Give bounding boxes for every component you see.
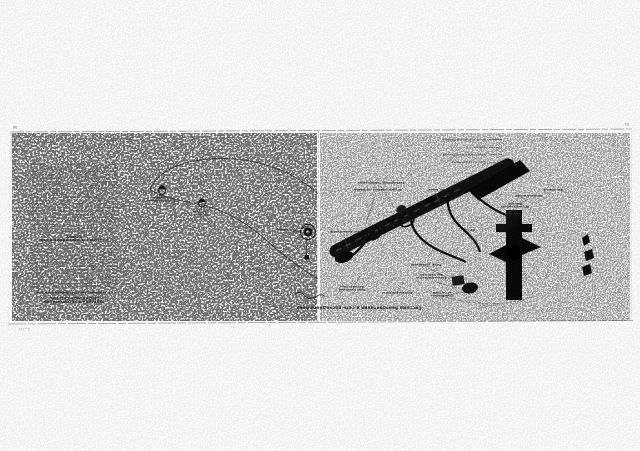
text-line: проверять отсутствие воды и механических: [30, 250, 118, 253]
text-line: стемы бензопитания самолета.: [30, 162, 118, 165]
label-line: Слив бензина: [424, 294, 460, 297]
scanned-book-spread: 30 31 ЗАПРАВКА И ЭКСПЛУАТАЦИЯБЕНЗИНОВОЙ …: [0, 0, 640, 451]
label-line: Трубопровод суфлирования: [352, 181, 410, 184]
text-line: падении давления бензина ниже нормы вклю…: [30, 205, 118, 208]
text-line: следить за показаниями бензиномера и рас…: [30, 212, 118, 215]
label-line: Бензиновый насос: [378, 291, 416, 294]
text-line: и чистоте заливных горловин баков. Запра…: [30, 278, 118, 281]
callout-label: Штуцер подводабензина: [498, 202, 532, 208]
legend-item: Слив и суфлирование: [424, 159, 502, 167]
callout-label: БФ—2: [460, 228, 480, 231]
text-line: ская полной выработки горючего из бака.: [30, 191, 118, 194]
text-line: 1. Заправка самолета горючим и маслом: [30, 290, 118, 293]
callout-label: Трехходовой кранбензосистемы: [412, 273, 450, 279]
text-line: восстанавливать после каждого осмотра си…: [30, 166, 118, 169]
label-line: Пробка заливной: [144, 199, 178, 202]
text-line: После полета осмотреть соединения трубоп…: [30, 186, 118, 189]
page-number-right: 31: [622, 121, 632, 126]
callout-label: Бак правый: [538, 188, 568, 191]
label-line: Бак фюзеляжный: [328, 230, 362, 233]
text-line: чить ручную подкачку и перейти на питани…: [30, 202, 118, 205]
label-line: Бак левый: [424, 188, 450, 191]
label-line: Трехходовой кран: [412, 276, 450, 279]
text-line: водов, дюритовые шланги и хомуты креплен…: [30, 183, 118, 186]
diagram-legend: Слив и суфлированиеЛиния нагнетания бенз…: [424, 136, 502, 166]
label-line: Штуцер подвода: [498, 205, 532, 208]
text-line: быть в пределах 0,30—0,35 кг/см². В поле…: [30, 216, 118, 219]
callout-label: Трубопровод суфлирования: [352, 181, 410, 184]
legend-line-symbol: [489, 140, 502, 141]
callout-label: Рычаг управления: [408, 263, 444, 266]
text-line: кой соединений. Один раз в месяц промыва…: [30, 176, 118, 179]
text-line: фильтры карбюратора и отстойники баков: [30, 173, 118, 176]
text-line: Перед запуском мотора открыть пожарный к…: [30, 229, 118, 232]
text-line: производить только через замшевый фильтр…: [30, 274, 118, 277]
callout-label: К мотору: [502, 212, 526, 215]
text-line: бензиномера и мерной линейкой. После зап…: [30, 267, 118, 270]
text-block-para: После полета осмотреть соединения трубоп…: [30, 162, 118, 190]
legend-line-symbol: [489, 154, 502, 155]
label-line: Рычаг управления: [408, 263, 444, 266]
label-line: К мотору: [502, 212, 526, 215]
legend-label: Линия всасывания бензина: [443, 138, 486, 142]
callout-label: Бак левый: [424, 188, 450, 191]
legend-item: Линия нагнетания бензина: [424, 151, 502, 159]
text-line: от исправной группы баков. Переключение: [30, 198, 118, 201]
text-line: Перед заправкой самолета горючим необход…: [30, 285, 118, 288]
page-number-left: 30: [10, 124, 20, 129]
label-line: Заливная: [186, 213, 216, 216]
text-line: законтрить. Слив отстоя производить из в…: [30, 261, 118, 264]
label-line: горловина: [186, 210, 216, 213]
text-line: проверить давление бензина, которое долж…: [30, 219, 118, 222]
figure-label: Пробка заливнойгорловины: [144, 196, 178, 202]
callout-label: Штуцер заливной горловины: [352, 188, 404, 191]
text-line: ЗАПРАВКА И ЭКСПЛУАТАЦИЯ: [30, 300, 118, 303]
text-line: пробки заливных горловин плотно завернут…: [30, 264, 118, 267]
legend-label: Дренаж: [473, 146, 486, 150]
label-line: Бак правый: [538, 188, 568, 191]
legend-label: Линия нагнетания бензина: [443, 153, 486, 157]
text-block-para: Перед запуском мотора открыть пожарный к…: [30, 191, 118, 232]
text-line: сразу после посадки самолета.: [30, 243, 118, 246]
text-line: Обнаруженные подтекания устранить подтяж…: [30, 180, 118, 183]
label-line: БФ—2: [460, 228, 480, 231]
legend-item: Линия всасывания бензина: [424, 136, 502, 144]
legend-line-symbol: [489, 162, 502, 163]
text-block-subhead: 2. Проверка готовности бензосистемык пол…: [30, 234, 118, 241]
legend-item: Дренаж: [424, 144, 502, 152]
text-line: Заполнение баков контролировать по показ…: [30, 271, 118, 274]
callout-label: Бензиновый насос: [378, 291, 416, 294]
legend-label: Слив и суфлирование: [451, 161, 486, 165]
text-line: чистым бензином. Контровку пробок и кран…: [30, 169, 118, 172]
text-line: убедиться в исправности заправочного инв…: [30, 281, 118, 284]
text-line: 2. Проверка готовности бензосистемы: [30, 238, 118, 241]
text-line: баков производить заблаговременно, не до…: [30, 195, 118, 198]
text-line: ратора не менее 0,2 кг/см². После запуск…: [30, 222, 118, 225]
callout-label: Слив бензинаиз системы: [424, 291, 460, 297]
callout-label: Заливной шприц: [514, 194, 544, 197]
text-line: дом горючего по времени работы мотора. П…: [30, 209, 118, 212]
figure-label: Заливнаягорловина: [186, 210, 216, 216]
label-line: Заливной шприц: [514, 194, 544, 197]
text-line: примесей в горючем. Зимой отстой сливать: [30, 247, 118, 250]
text-line: отстойников системы не реже одного раза …: [30, 257, 118, 260]
label-line: из системы: [424, 291, 460, 294]
label-line: Штуцер заливной горловины: [352, 188, 404, 191]
figure-title: Система бензопитания и сеть расходного б…: [286, 301, 432, 310]
text-line: и создать шприцем давление бензина у кар…: [30, 226, 118, 229]
text-line: сутки перед первым полетом. При сливе от…: [30, 254, 118, 257]
callout-label: Кран пожарныйбензосистемы: [332, 285, 372, 291]
left-text-block: ЗАПРАВКА И ЭКСПЛУАТАЦИЯБЕНЗИНОВОЙ СИСТЕМ…: [30, 156, 118, 303]
callout-label: Бак фюзеляжный: [328, 230, 362, 233]
figure-label: Бензиномер: [272, 228, 300, 231]
text-block-heading: ЗАПРАВКА И ЭКСПЛУАТАЦИЯБЕНЗИНОВОЙ СИСТЕМ…: [30, 296, 118, 303]
legend-line-symbol: [489, 147, 502, 148]
print-mark: 3—124: [12, 326, 30, 331]
text-block-para: Перед заправкой самолета горючим необход…: [30, 243, 118, 288]
text-block-item: 1. Заправка самолета горючим и маслом: [30, 290, 118, 293]
label-line: Кран пожарный: [332, 288, 372, 291]
label-line: Бензиномер: [272, 228, 300, 231]
